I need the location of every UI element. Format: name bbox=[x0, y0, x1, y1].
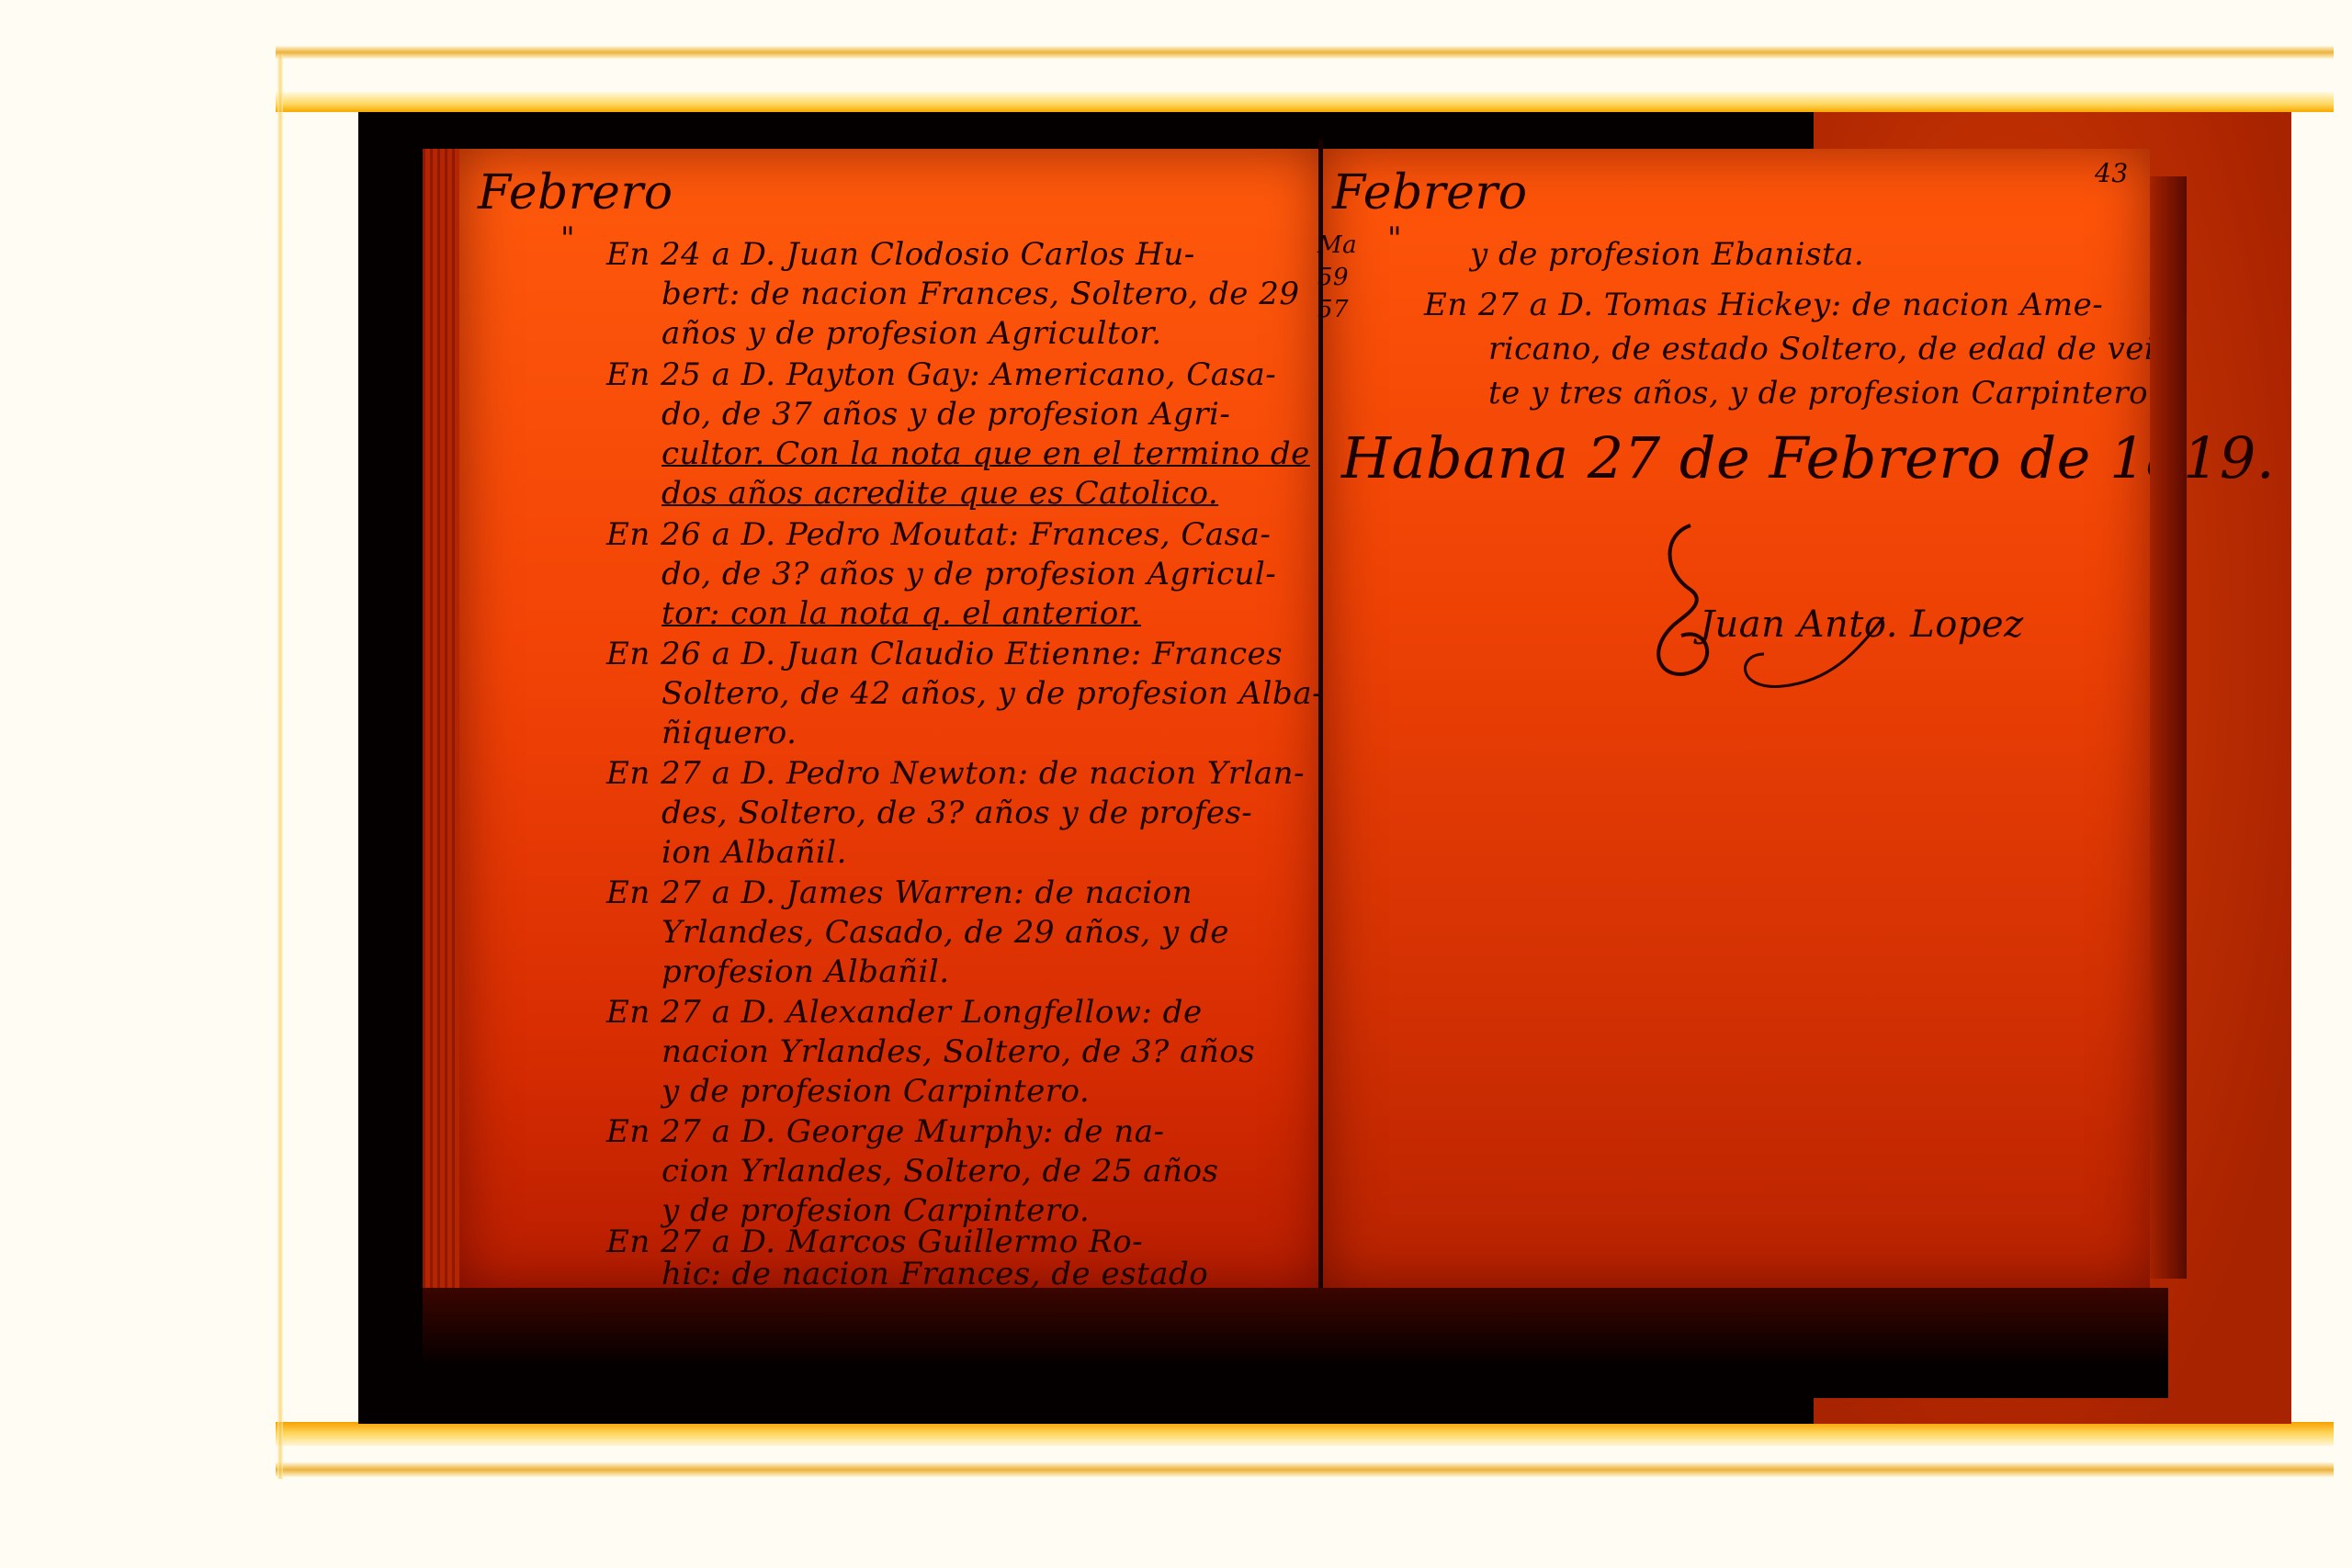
gutter-margin-note: 57 bbox=[1317, 296, 1349, 323]
signature-block: Juan Anto. Lopez bbox=[1626, 516, 1920, 700]
left-page: Febrero " En 24 a D. Juan Clodosio Carlo… bbox=[423, 149, 1323, 1288]
entry-line: cion Yrlandes, Soltero, de 25 años bbox=[661, 1153, 1218, 1190]
entry-line: En 24 a D. Juan Clodosio Carlos Hu- bbox=[606, 236, 1195, 273]
entry-line: des, Soltero, de 3? años y de profes- bbox=[661, 795, 1252, 831]
entry-line: años y de profesion Agricultor. bbox=[661, 315, 1162, 352]
left-heading-mark: " bbox=[560, 220, 575, 257]
open-ledger: Febrero " En 24 a D. Juan Clodosio Carlo… bbox=[423, 149, 2168, 1398]
entry-line: ricano, de estado Soltero, de edad de ve… bbox=[1488, 331, 2187, 367]
gutter-margin-note: Ma bbox=[1317, 231, 1357, 259]
entry-line: te y tres años, y de profesion Carpinter… bbox=[1488, 375, 2158, 412]
book-bottom-shadow bbox=[423, 1288, 2168, 1398]
film-frame-bottom-band bbox=[276, 1422, 2334, 1446]
entry-line: En 27 a D. Tomas Hickey: de nacion Ame- bbox=[1424, 287, 2103, 323]
entry-line: En 27 a D. James Warren: de nacion bbox=[606, 874, 1193, 911]
left-page-heading: Febrero bbox=[478, 165, 673, 220]
entry-line: En 27 a D. Marcos Guillermo Ro- bbox=[606, 1224, 1143, 1260]
entry-line: do, de 3? años y de profesion Agricul- bbox=[661, 556, 1276, 592]
entry-line: En 25 a D. Payton Gay: Americano, Casa- bbox=[606, 356, 1276, 393]
entry-line: nacion Yrlandes, Soltero, de 3? años bbox=[661, 1033, 1255, 1070]
scanned-photograph: ru ha. an. on. prof prof de Febrero " En… bbox=[358, 112, 2291, 1424]
film-frame-left-edge bbox=[277, 55, 283, 1479]
entry-line: cultor. Con la nota que en el termino de bbox=[661, 435, 1310, 472]
entry-line: profesion Albañil. bbox=[661, 953, 950, 990]
entry-line: hic: de nacion Frances, de estado bbox=[661, 1256, 1208, 1292]
entry-line: En 27 a D. George Murphy: de na- bbox=[606, 1113, 1164, 1150]
entry-line: En 27 a D. Alexander Longfellow: de bbox=[606, 994, 1203, 1031]
entry-line: ion Albañil. bbox=[661, 834, 847, 871]
entry-line: do, de 37 años y de profesion Agri- bbox=[661, 396, 1230, 433]
film-frame-top-band bbox=[276, 92, 2334, 112]
gutter-margin-note: 59 bbox=[1317, 264, 1349, 291]
entry-line: y de profesion Carpintero. bbox=[661, 1073, 1090, 1110]
signature: Juan Anto. Lopez bbox=[1700, 604, 2024, 646]
entry-line: ñiquero. bbox=[661, 715, 797, 751]
entry-line: Yrlandes, Casado, de 29 años, y de bbox=[661, 914, 1229, 951]
entry-line: En 26 a D. Pedro Moutat: Frances, Casa- bbox=[606, 516, 1271, 553]
entry-line: dos años acredite que es Catolico. bbox=[661, 475, 1218, 512]
entry-line: tor: con la nota q. el anterior. bbox=[661, 595, 1141, 632]
page-number: 43 bbox=[2095, 158, 2129, 188]
entry-line: Soltero, de 42 años, y de profesion Alba… bbox=[661, 675, 1323, 712]
film-frame-top-edge bbox=[276, 46, 2334, 59]
right-page: Febrero " 43 Ma 59 57 y de profesion Eba… bbox=[1323, 149, 2150, 1288]
film-frame-bottom-edge bbox=[276, 1462, 2334, 1477]
continuation-line: y de profesion Ebanista. bbox=[1470, 236, 1864, 273]
entry-line: bert: de nacion Frances, Soltero, de 29 bbox=[661, 276, 1299, 312]
right-page-heading: Febrero bbox=[1332, 165, 1528, 220]
entry-line: En 26 a D. Juan Claudio Etienne: Frances bbox=[606, 636, 1283, 672]
place-and-date: Habana 27 de Febrero de 1819. bbox=[1341, 424, 2275, 491]
right-heading-mark: " bbox=[1387, 220, 1402, 257]
entry-line: En 27 a D. Pedro Newton: de nacion Yrlan… bbox=[606, 755, 1305, 792]
